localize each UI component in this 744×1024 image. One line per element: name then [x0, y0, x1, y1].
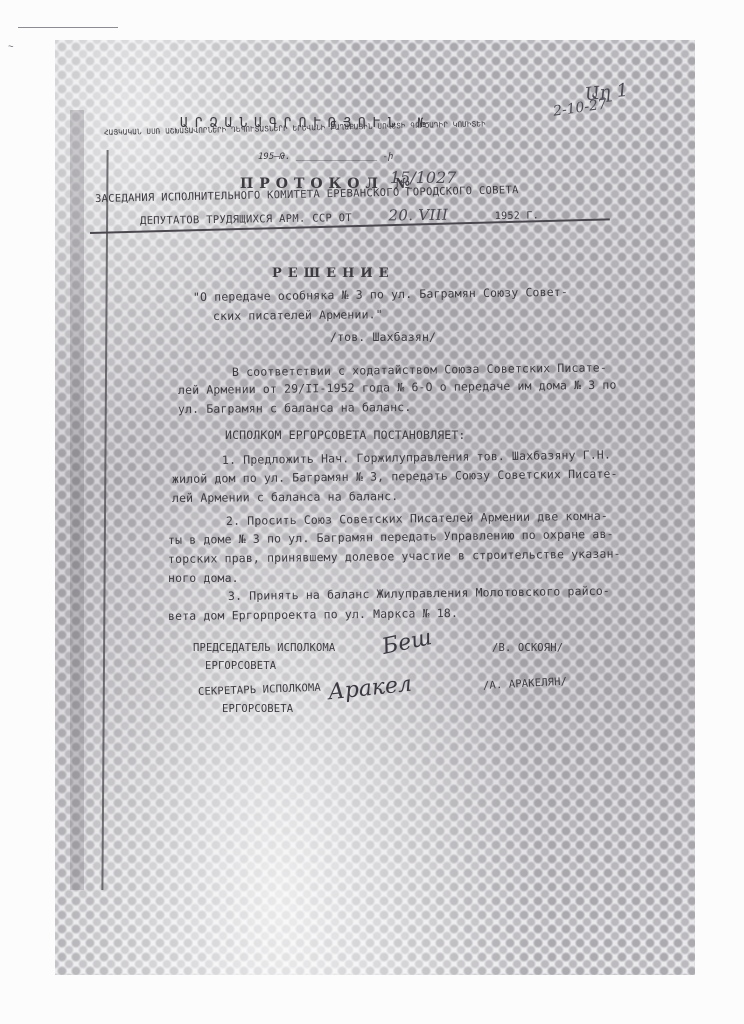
preamble-line-3: ул. Баграмян с баланса на баланс. — [178, 400, 412, 416]
signature-2-title-line-2: ЕРГОРСОВЕТА — [222, 703, 293, 715]
protocol-number: 15/1027 — [390, 168, 456, 187]
decision-rapporteur: /тов. Шахбазян/ — [330, 330, 436, 344]
protocol-date: 20. VIII — [388, 206, 448, 225]
protocol-line-2-text: депутатов трудящихся Арм. ССР от — [140, 212, 352, 227]
signature-1-title-line-2: ЕРГОРСОВЕТА — [205, 660, 276, 672]
decision-heading: РЕШЕНИЕ — [272, 266, 395, 281]
scan-edge-line — [18, 27, 118, 28]
item-1-line-3: лей Армении с баланса на баланс. — [172, 489, 398, 505]
armenian-year-line: 195—Թ. _______________ -ի — [258, 152, 393, 162]
binding-strip — [70, 110, 84, 890]
signature-1-title-line-1: ПРЕДСЕДАТЕЛЬ ИСПОЛКОМА — [193, 642, 335, 654]
item-2-line-4: ного дома. — [168, 571, 239, 585]
scan-mark: ~ — [7, 42, 14, 53]
resolves-heading: ИСПОЛКОМ ЕРГОРСОВЕТА ПОСТАНОВЛЯЕТ: — [225, 428, 466, 442]
signature-1-name: /В. ОСКОЯН/ — [492, 642, 563, 654]
decision-subject-line-2: ских писателей Армении." — [213, 307, 383, 323]
